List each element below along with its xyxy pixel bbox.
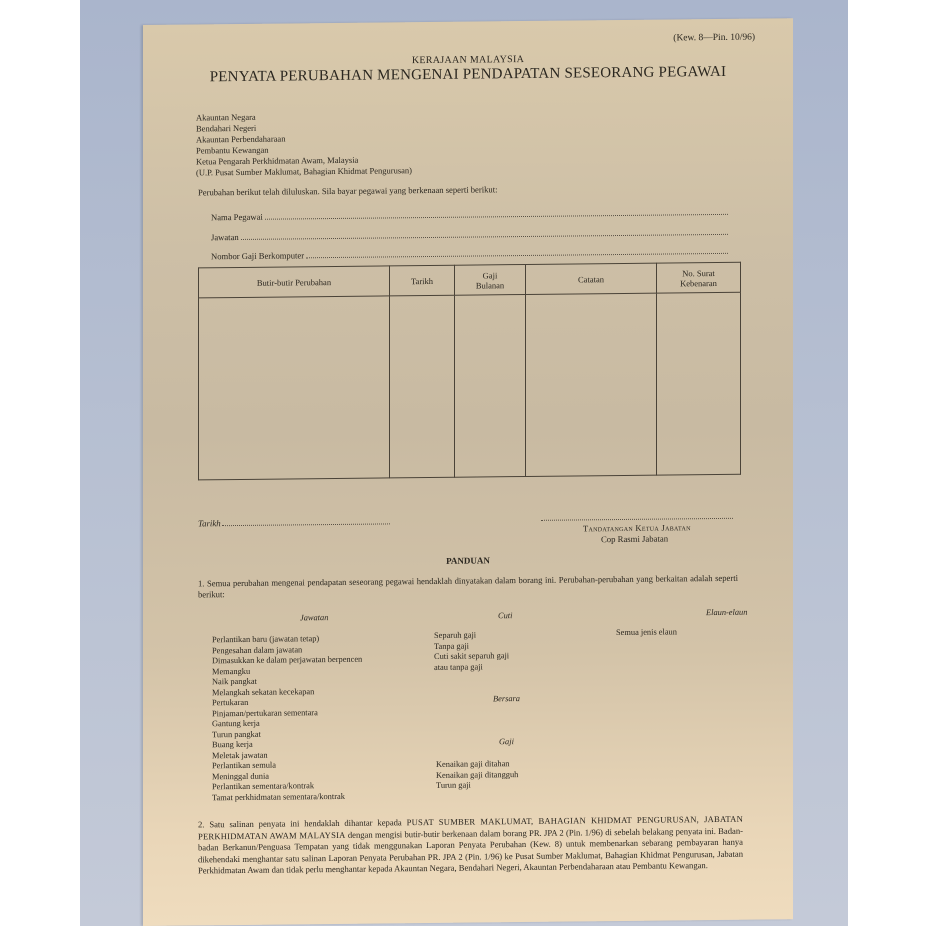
list-item: Separuh gaji bbox=[434, 630, 509, 641]
list-item: Semua jenis elaun bbox=[616, 627, 677, 638]
header-tarikh: Tarikh bbox=[390, 265, 455, 296]
cell-no-surat[interactable] bbox=[657, 292, 741, 475]
field-label: Nombor Gaji Berkomputer bbox=[211, 250, 304, 261]
form-reference: (Kew. 8—Pin. 10/96) bbox=[673, 33, 755, 44]
form-paper: (Kew. 8—Pin. 10/96) KERAJAAN MALAYSIA PE… bbox=[143, 18, 793, 926]
category-elaun-list: Semua jenis elaun bbox=[616, 627, 677, 638]
cell-gaji[interactable] bbox=[455, 294, 526, 477]
guide-paragraph-1: 1. Semua perubahan mengenai pendapatan s… bbox=[198, 573, 738, 601]
cell-tarikh[interactable] bbox=[390, 295, 455, 478]
category-cuti-heading: Cuti bbox=[498, 611, 512, 620]
signature-title: Tandatangan Ketua Jabatan bbox=[583, 522, 691, 533]
list-item: Tamat perkhidmatan sementara/kontrak bbox=[212, 791, 362, 803]
field-input-line[interactable] bbox=[241, 226, 728, 240]
table-row bbox=[199, 292, 741, 480]
cell-catatan[interactable] bbox=[526, 293, 657, 476]
date-field[interactable]: Tarikh bbox=[198, 516, 390, 528]
list-item: Dimasukkan ke dalam perjawatan berpencen bbox=[212, 655, 362, 667]
date-label: Tarikh bbox=[198, 518, 221, 528]
changes-table: Butir-butir Perubahan Tarikh GajiBulanan… bbox=[198, 262, 741, 481]
list-item: Tanpa gaji bbox=[434, 641, 509, 652]
field-input-line[interactable] bbox=[265, 206, 728, 220]
list-item: atau tanpa gaji bbox=[434, 662, 509, 673]
header-catatan: Catatan bbox=[526, 263, 657, 294]
signature-line[interactable] bbox=[541, 517, 733, 521]
header-butir: Butir-butir Perubahan bbox=[199, 266, 390, 298]
list-item: Turun gaji bbox=[436, 780, 518, 791]
guide-heading: PANDUAN bbox=[143, 552, 793, 569]
intro-text: Perubahan berikut telah diluluskan. Sila… bbox=[198, 184, 498, 197]
category-jawatan-list: Perlantikan baru (jawatan tetap) Pengesa… bbox=[212, 634, 362, 804]
cell-butir[interactable] bbox=[199, 296, 390, 480]
list-item: Kenaikan gaji ditahan bbox=[436, 759, 518, 770]
guide-paragraph-2: 2. Satu salinan penyata ini hendaklah di… bbox=[198, 814, 743, 877]
field-label: Nama Pegawai bbox=[211, 212, 263, 223]
category-jawatan-heading: Jawatan bbox=[300, 613, 328, 622]
header-no-surat: No. SuratKebenaran bbox=[657, 262, 741, 293]
category-cuti-list: Separuh gaji Tanpa gaji Cuti sakit separ… bbox=[434, 630, 509, 673]
category-gaji-list: Kenaikan gaji ditahan Kenaikan gaji dita… bbox=[436, 759, 518, 791]
nombor-gaji-field[interactable]: Nombor Gaji Berkomputer bbox=[211, 245, 728, 261]
field-input-line[interactable] bbox=[306, 245, 728, 258]
category-gaji-heading: Gaji bbox=[499, 737, 514, 746]
header-gaji-bulanan: GajiBulanan bbox=[455, 264, 526, 295]
official-stamp-label: Cop Rasmi Jabatan bbox=[601, 534, 668, 545]
date-input-line[interactable] bbox=[222, 516, 390, 526]
list-item: Kenaikan gaji ditangguh bbox=[436, 770, 518, 781]
category-elaun-heading: Elaun-elaun bbox=[706, 608, 747, 617]
field-label: Jawatan bbox=[211, 232, 239, 242]
category-bersara-heading: Bersara bbox=[493, 694, 520, 703]
jawatan-field[interactable]: Jawatan bbox=[211, 226, 728, 242]
addressee: (U.P. Pusat Sumber Maklumat, Bahagian Kh… bbox=[196, 165, 412, 178]
nama-pegawai-field[interactable]: Nama Pegawai bbox=[211, 206, 728, 222]
addressee-list: Akauntan Negara Bendahari Negeri Akaunta… bbox=[196, 110, 412, 178]
list-item: Cuti sakit separuh gaji bbox=[434, 651, 509, 662]
